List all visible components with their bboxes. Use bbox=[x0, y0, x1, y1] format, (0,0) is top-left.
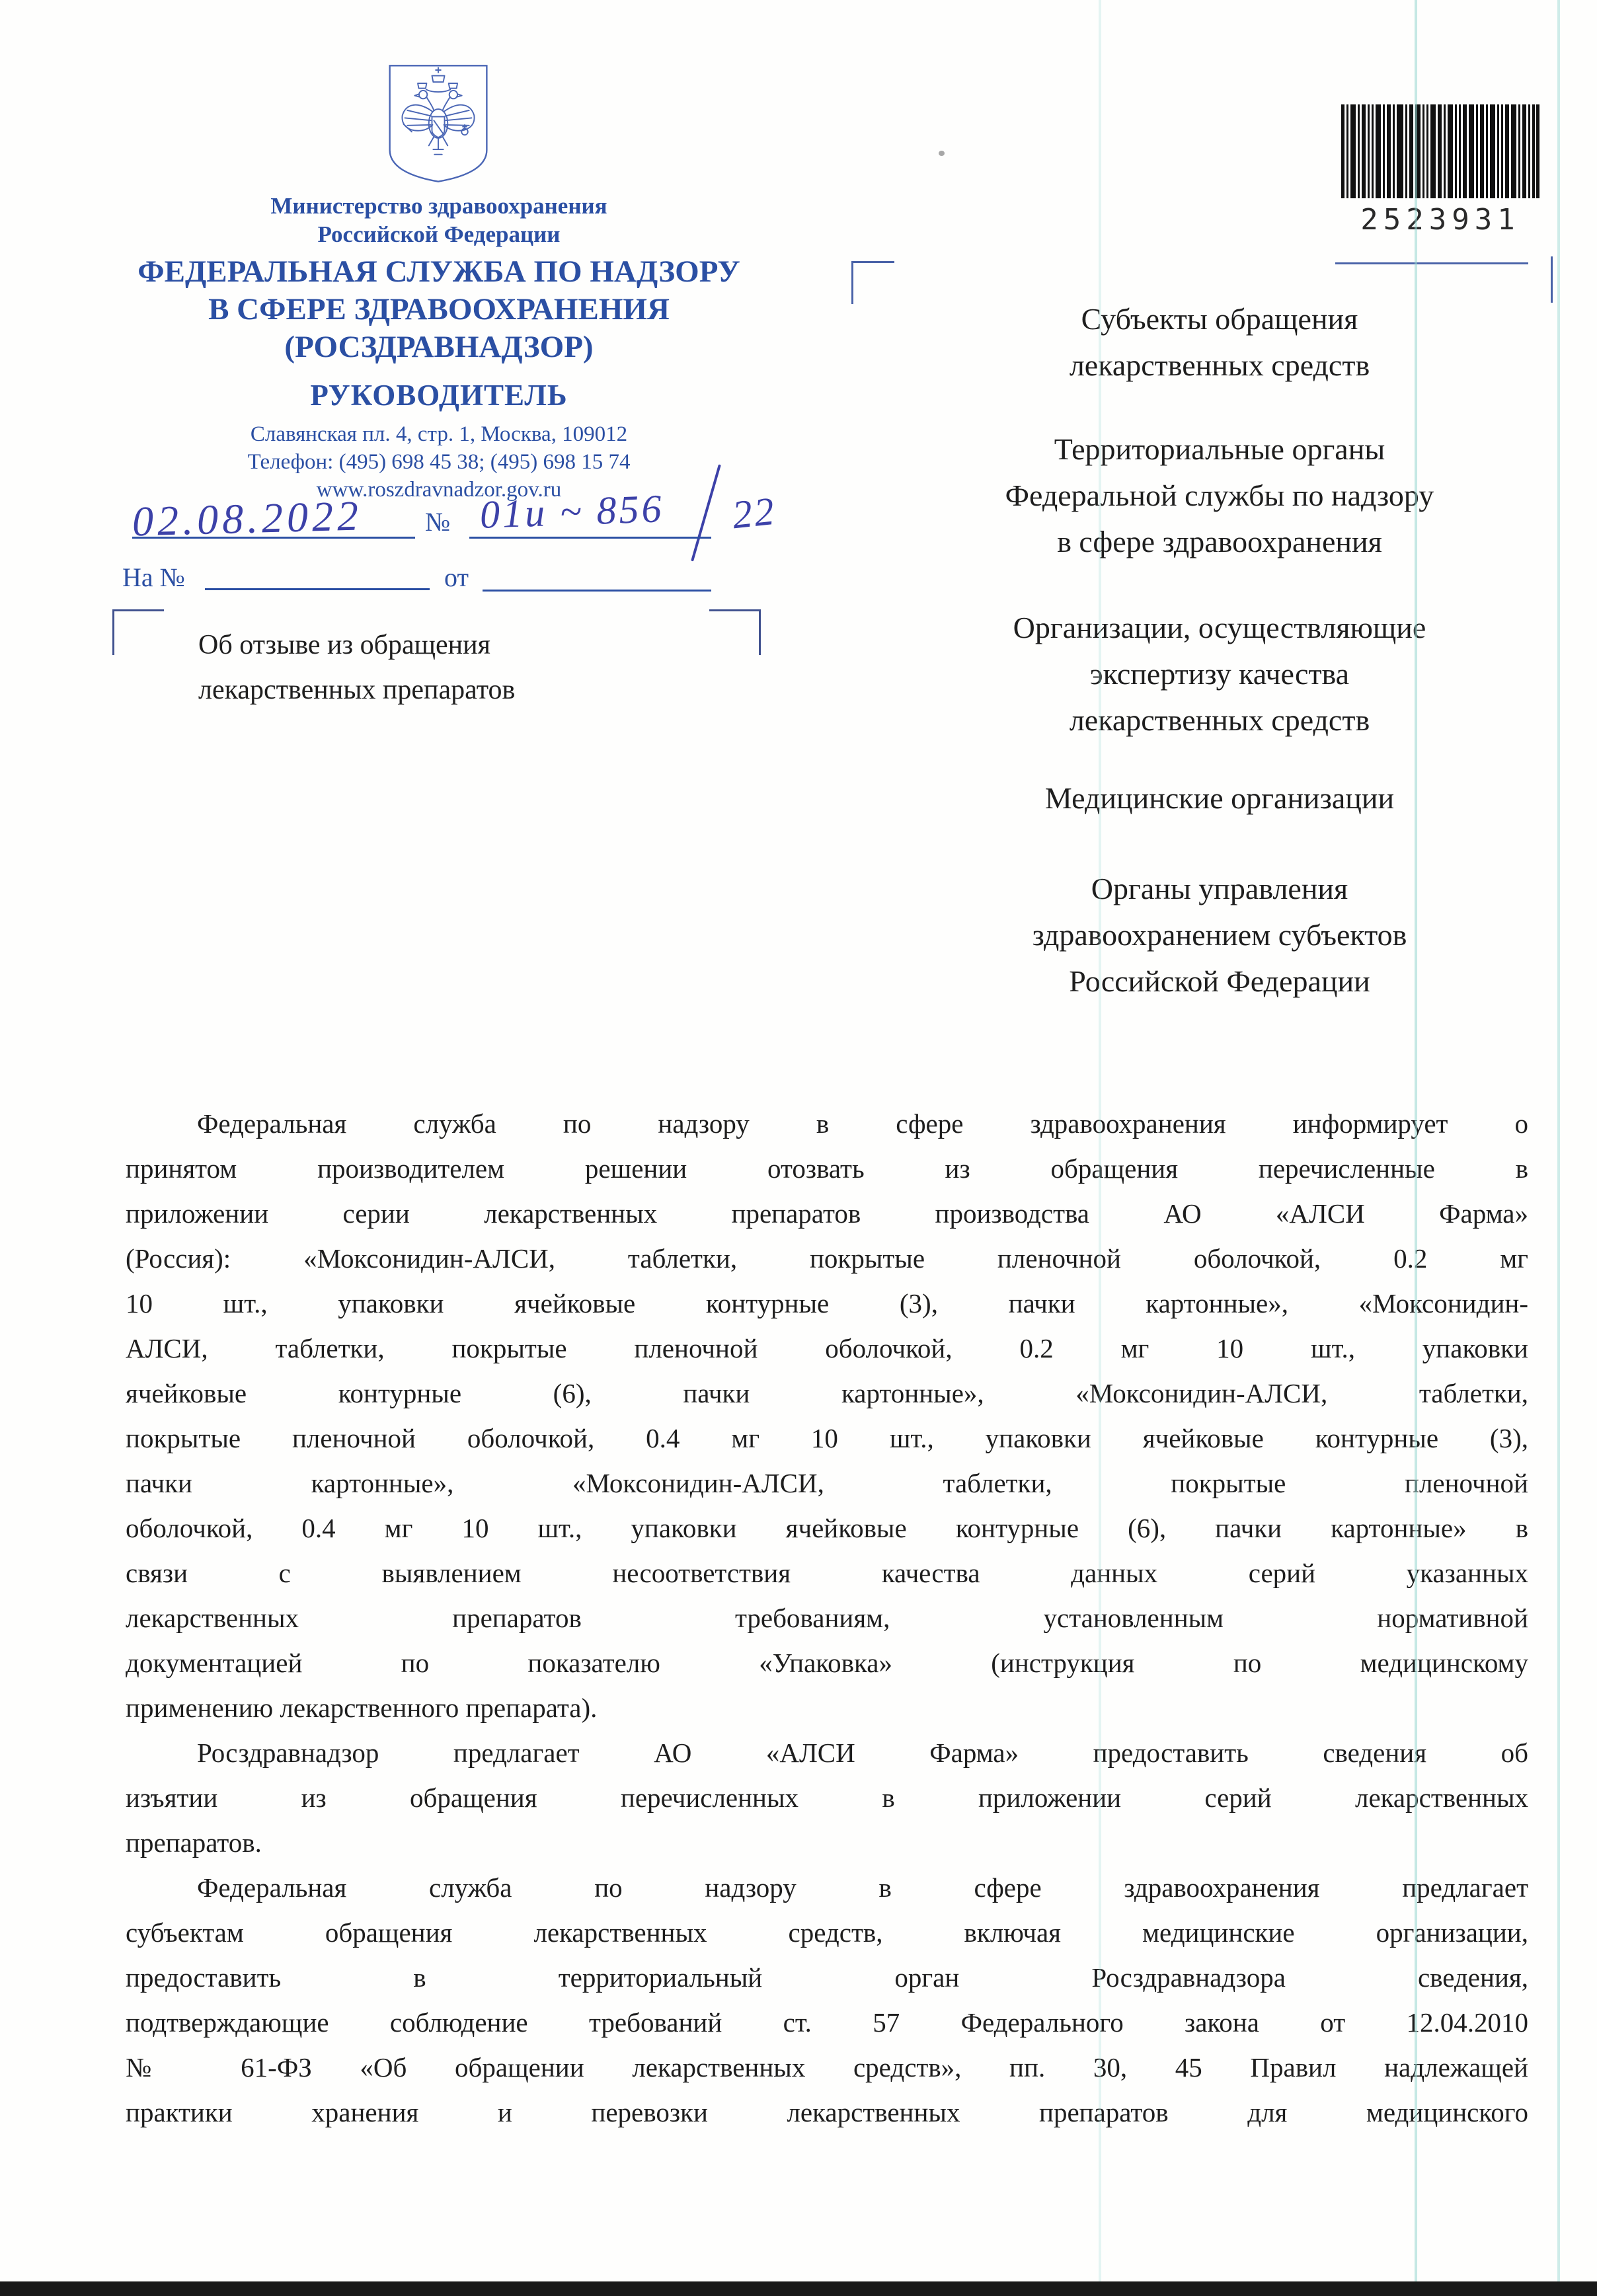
body-line: субъектам обращения лекарственных средст… bbox=[126, 1910, 1528, 1955]
role-title: РУКОВОДИТЕЛЬ bbox=[106, 378, 772, 412]
reply-date-underline bbox=[483, 590, 711, 592]
barcode-number: 2523931 bbox=[1341, 203, 1540, 237]
phone-line: Телефон: (495) 698 45 38; (495) 698 15 7… bbox=[106, 448, 772, 476]
recipient-block: Органы управления здравоохранением субъе… bbox=[879, 866, 1560, 1005]
body-line: ячейковые контурные (6), пачки картонные… bbox=[126, 1371, 1528, 1416]
scan-artifact-dot bbox=[939, 151, 945, 156]
recipient-line: Федеральной службы по надзору bbox=[879, 473, 1560, 519]
body-line: подтверждающие соблюдение требований ст.… bbox=[126, 2000, 1528, 2045]
body-line: оболочкой, 0.4 мг 10 шт., упаковки ячейк… bbox=[126, 1506, 1528, 1550]
service-name: ФЕДЕРАЛЬНАЯ СЛУЖБА ПО НАДЗОРУ В СФЕРЕ ЗД… bbox=[106, 253, 772, 366]
reply-number-underline bbox=[205, 588, 430, 590]
contact-block: Славянская пл. 4, стр. 1, Москва, 109012… bbox=[106, 420, 772, 504]
number-underline bbox=[469, 537, 711, 539]
letter-body: Федеральная служба по надзору в сфере зд… bbox=[126, 1101, 1528, 2135]
corner-mark-address-top-line bbox=[1335, 262, 1528, 264]
scan-bottom-edge bbox=[0, 2281, 1597, 2296]
recipient-line: лекарственных средств bbox=[879, 342, 1560, 389]
body-line: АЛСИ, таблетки, покрытые пленочной оболо… bbox=[126, 1326, 1528, 1371]
letter-page: 2523931 Министерство здравоохранения Рос… bbox=[0, 0, 1597, 2296]
body-line: предоставить в территориальный орган Рос… bbox=[126, 1955, 1528, 2000]
recipient-line: лекарственных средств bbox=[879, 697, 1560, 744]
subject-line: Об отзыве из обращения bbox=[198, 623, 661, 668]
body-line: Федеральная служба по надзору в сфере зд… bbox=[126, 1865, 1528, 1910]
subject-line: лекарственных препаратов bbox=[198, 668, 661, 712]
recipient-line: экспертизу качества bbox=[879, 651, 1560, 697]
service-line: В СФЕРЕ ЗДРАВООХРАНЕНИЯ bbox=[106, 291, 772, 328]
reply-label: На № bbox=[122, 562, 185, 593]
number-sign: № bbox=[425, 506, 450, 537]
body-line: 10 шт., упаковки ячейковые контурные (3)… bbox=[126, 1281, 1528, 1326]
body-line: препаратов. bbox=[126, 1820, 1528, 1865]
body-line: документацией по показателю «Упаковка» (… bbox=[126, 1640, 1528, 1685]
recipient-block: Субъекты обращения лекарственных средств bbox=[879, 296, 1560, 389]
ministry-line: Министерство здравоохранения bbox=[106, 192, 772, 220]
recipient-block: Территориальные органы Федеральной служб… bbox=[879, 426, 1560, 565]
corner-mark-subject-left bbox=[112, 609, 164, 655]
body-line: практики хранения и перевозки лекарствен… bbox=[126, 2090, 1528, 2135]
address-line: Славянская пл. 4, стр. 1, Москва, 109012 bbox=[106, 420, 772, 448]
body-line: (Россия): «Моксонидин-АЛСИ, таблетки, по… bbox=[126, 1236, 1528, 1281]
service-line: (РОСЗДРАВНАДЗОР) bbox=[106, 328, 772, 366]
recipient-block: Медицинские организации bbox=[879, 775, 1560, 822]
recipient-line: Российской Федерации bbox=[879, 958, 1560, 1005]
ministry-name: Министерство здравоохранения Российской … bbox=[106, 192, 772, 249]
recipient-line: Субъекты обращения bbox=[879, 296, 1560, 342]
ministry-line: Российской Федерации bbox=[106, 220, 772, 249]
outgoing-number-suffix: 22 bbox=[730, 488, 779, 539]
outgoing-number-handwritten: 01и ~ 856 bbox=[479, 486, 665, 538]
body-line: Федеральная служба по надзору в сфере зд… bbox=[126, 1101, 1528, 1146]
body-line: приложении серии лекарственных препарато… bbox=[126, 1191, 1528, 1236]
coat-of-arms-icon bbox=[385, 61, 492, 186]
service-line: ФЕДЕРАЛЬНАЯ СЛУЖБА ПО НАДЗОРУ bbox=[106, 253, 772, 291]
recipient-line: в сфере здравоохранения bbox=[879, 519, 1560, 565]
corner-mark-subject-right bbox=[709, 609, 761, 655]
body-line: принятом производителем решении отозвать… bbox=[126, 1146, 1528, 1191]
subject-block: Об отзыве из обращения лекарственных пре… bbox=[198, 623, 661, 712]
body-line: изъятии из обращения перечисленных в при… bbox=[126, 1775, 1528, 1820]
body-line: Росздравнадзор предлагает АО «АЛСИ Фарма… bbox=[126, 1730, 1528, 1775]
date-underline bbox=[132, 537, 415, 539]
recipient-line: Медицинские организации bbox=[879, 775, 1560, 822]
barcode-bars bbox=[1341, 104, 1540, 198]
recipient-line: Организации, осуществляющие bbox=[879, 605, 1560, 651]
recipient-block: Организации, осуществляющие экспертизу к… bbox=[879, 605, 1560, 744]
recipient-line: здравоохранением субъектов bbox=[879, 912, 1560, 958]
body-line: № 61-ФЗ «Об обращении лекарственных сред… bbox=[126, 2045, 1528, 2090]
recipient-line: Территориальные органы bbox=[879, 426, 1560, 473]
body-line: лекарственных препаратов требованиям, ус… bbox=[126, 1595, 1528, 1640]
body-line: покрытые пленочной оболочкой, 0.4 мг 10 … bbox=[126, 1416, 1528, 1461]
body-line: связи с выявлением несоответствия качест… bbox=[126, 1550, 1528, 1595]
reply-from-label: от bbox=[444, 562, 469, 593]
body-line: пачки картонные», «Моксонидин-АЛСИ, табл… bbox=[126, 1461, 1528, 1506]
barcode: 2523931 bbox=[1341, 104, 1540, 237]
body-line: применению лекарственного препарата). bbox=[126, 1685, 1528, 1730]
recipient-line: Органы управления bbox=[879, 866, 1560, 912]
